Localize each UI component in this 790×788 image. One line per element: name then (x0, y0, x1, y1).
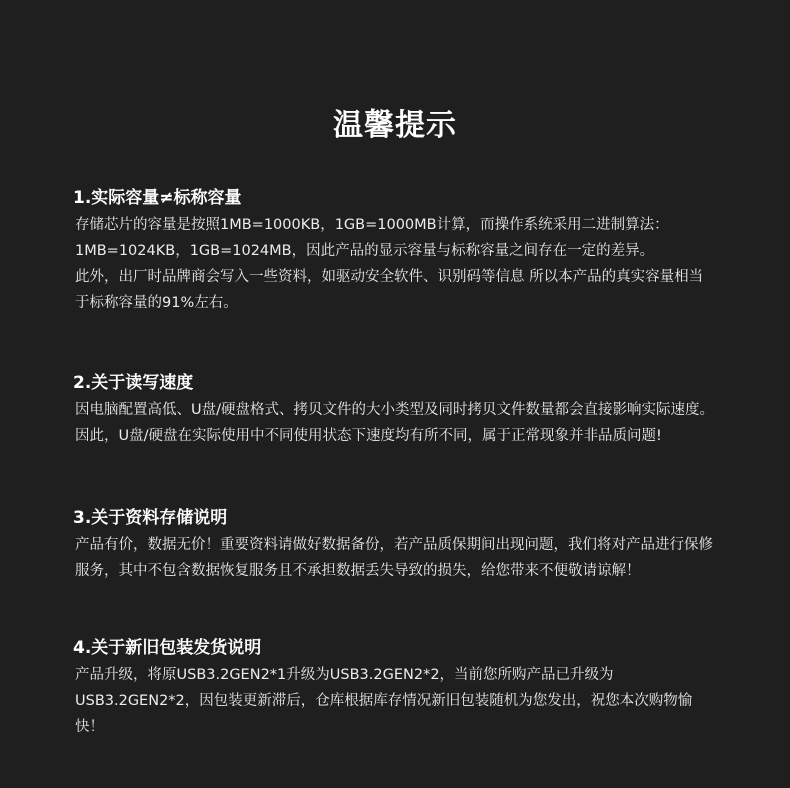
section-heading: 1.实际容量≠标称容量 (73, 186, 715, 210)
section-paragraph: 此外，出厂时品牌商会写入一些资料，如驱动安全软件、识别码等信息 所以本产品的真实… (75, 264, 715, 316)
notice-section-data-storage: 3.关于资料存储说明 产品有价，数据无价！重要资料请做好数据备份，若产品质保期间… (75, 506, 715, 584)
section-paragraph: 产品升级，将原USB3.2GEN2*1升级为USB3.2GEN2*2，当前您所购… (75, 662, 715, 740)
section-heading: 3.关于资料存储说明 (73, 506, 715, 530)
section-paragraph: 存储芯片的容量是按照1MB=1000KB，1GB=1000MB计算，而操作系统采… (75, 212, 715, 264)
section-paragraph: 因电脑配置高低、U盘/硬盘格式、拷贝文件的大小类型及同时拷贝文件数量都会直接影响… (75, 397, 715, 449)
notice-section-capacity: 1.实际容量≠标称容量 存储芯片的容量是按照1MB=1000KB，1GB=100… (75, 186, 715, 316)
section-paragraph: 产品有价，数据无价！重要资料请做好数据备份，若产品质保期间出现问题，我们将对产品… (75, 532, 715, 584)
notice-section-packaging: 4.关于新旧包装发货说明 产品升级，将原USB3.2GEN2*1升级为USB3.… (75, 636, 715, 740)
section-heading: 2.关于读写速度 (73, 371, 715, 395)
section-heading: 4.关于新旧包装发货说明 (73, 636, 715, 660)
page-title: 温馨提示 (0, 100, 790, 144)
notice-section-speed: 2.关于读写速度 因电脑配置高低、U盘/硬盘格式、拷贝文件的大小类型及同时拷贝文… (75, 371, 715, 449)
